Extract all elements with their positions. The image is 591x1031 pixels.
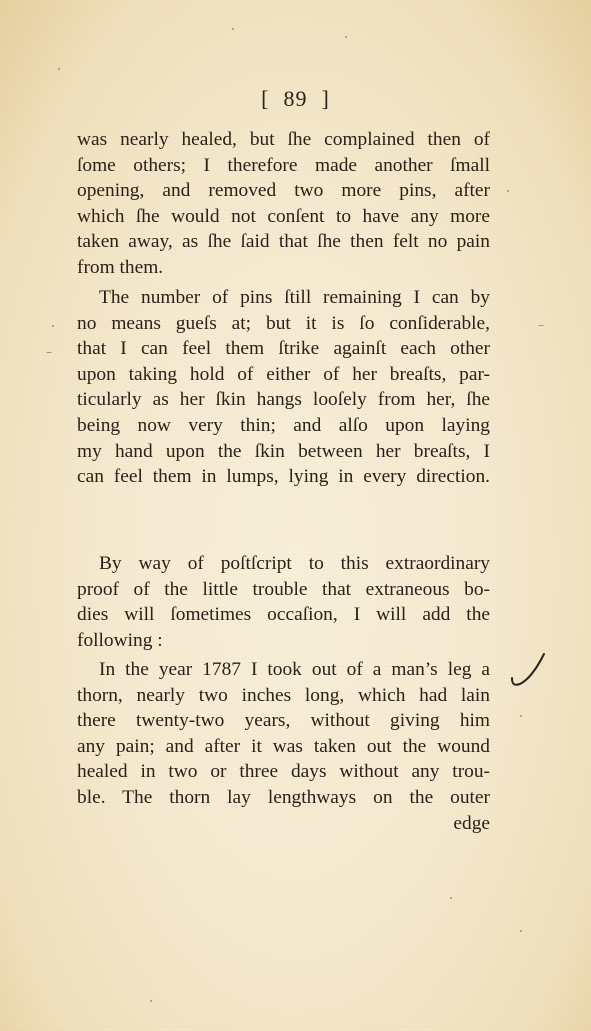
text-line: upon taking hold of either of her breaſt… <box>77 362 490 388</box>
paragraph-postscript: By way of poſtſcript to this extraordina… <box>77 551 490 653</box>
text-line: being now very thin; and alſo upon layin… <box>77 413 490 439</box>
paragraph-thorn: In the year 1787 I took out of a man’s l… <box>77 657 490 836</box>
text-line: By way of poſtſcript to this extraordina… <box>77 551 490 577</box>
paper-speck <box>450 897 452 899</box>
text-line: no means gueſs at; but it is ſo conſider… <box>77 311 490 337</box>
paper-speck <box>52 325 54 327</box>
book-page: [89] was nearly healed, but ſhe complain… <box>0 0 591 1031</box>
text-line: following : <box>77 628 490 654</box>
text-line: ſome others; I therefore made another ſm… <box>77 153 490 179</box>
right-bracket: ] <box>322 86 330 112</box>
paper-speck <box>507 190 509 192</box>
paper-speck <box>345 36 347 38</box>
text-line: dies will ſometimes occaſion, I will add… <box>77 602 490 628</box>
paragraph-pins: The number of pins ſtill remaining I can… <box>77 285 490 490</box>
paper-speck <box>538 325 544 326</box>
paragraph-continuation: was nearly healed, but ſhe complained th… <box>77 127 490 281</box>
text-line: ticularly as her ſkin hangs looſely from… <box>77 387 490 413</box>
paper-speck <box>46 352 52 353</box>
text-line: In the year 1787 I took out of a man’s l… <box>77 657 490 683</box>
paper-speck <box>232 28 234 30</box>
text-line: there twenty-two years, without giving h… <box>77 708 490 734</box>
text-line: can feel them in lumps, lying in every d… <box>77 464 490 490</box>
text-line: ble. The thorn lay lengthways on the out… <box>77 785 490 811</box>
text-line: opening, and removed two more pins, afte… <box>77 178 490 204</box>
text-line: was nearly healed, but ſhe complained th… <box>77 127 490 153</box>
page-number-value: 89 <box>284 86 308 111</box>
paper-speck <box>520 930 522 932</box>
text-line: healed in two or three days without any … <box>77 759 490 785</box>
catchword: edge <box>77 811 490 837</box>
left-bracket: [ <box>261 86 269 112</box>
paper-speck <box>150 1000 152 1002</box>
text-line: my hand upon the ſkin between her breaſt… <box>77 439 490 465</box>
text-line: proof of the little trouble that extrane… <box>77 577 490 603</box>
text-line: taken away, as ſhe ſaid that ſhe then fe… <box>77 229 490 255</box>
text-line: any pain; and after it was taken out the… <box>77 734 490 760</box>
text-line: The number of pins ſtill remaining I can… <box>77 285 490 311</box>
text-line: from them. <box>77 255 490 281</box>
text-line: that I can feel them ſtrike againſt each… <box>77 336 490 362</box>
paper-speck <box>520 715 522 717</box>
page-number: [89] <box>0 86 591 112</box>
text-line: thorn, nearly two inches long, which had… <box>77 683 490 709</box>
paper-speck <box>58 68 60 70</box>
check-mark-icon <box>508 640 548 690</box>
text-line: which ſhe would not conſent to have any … <box>77 204 490 230</box>
